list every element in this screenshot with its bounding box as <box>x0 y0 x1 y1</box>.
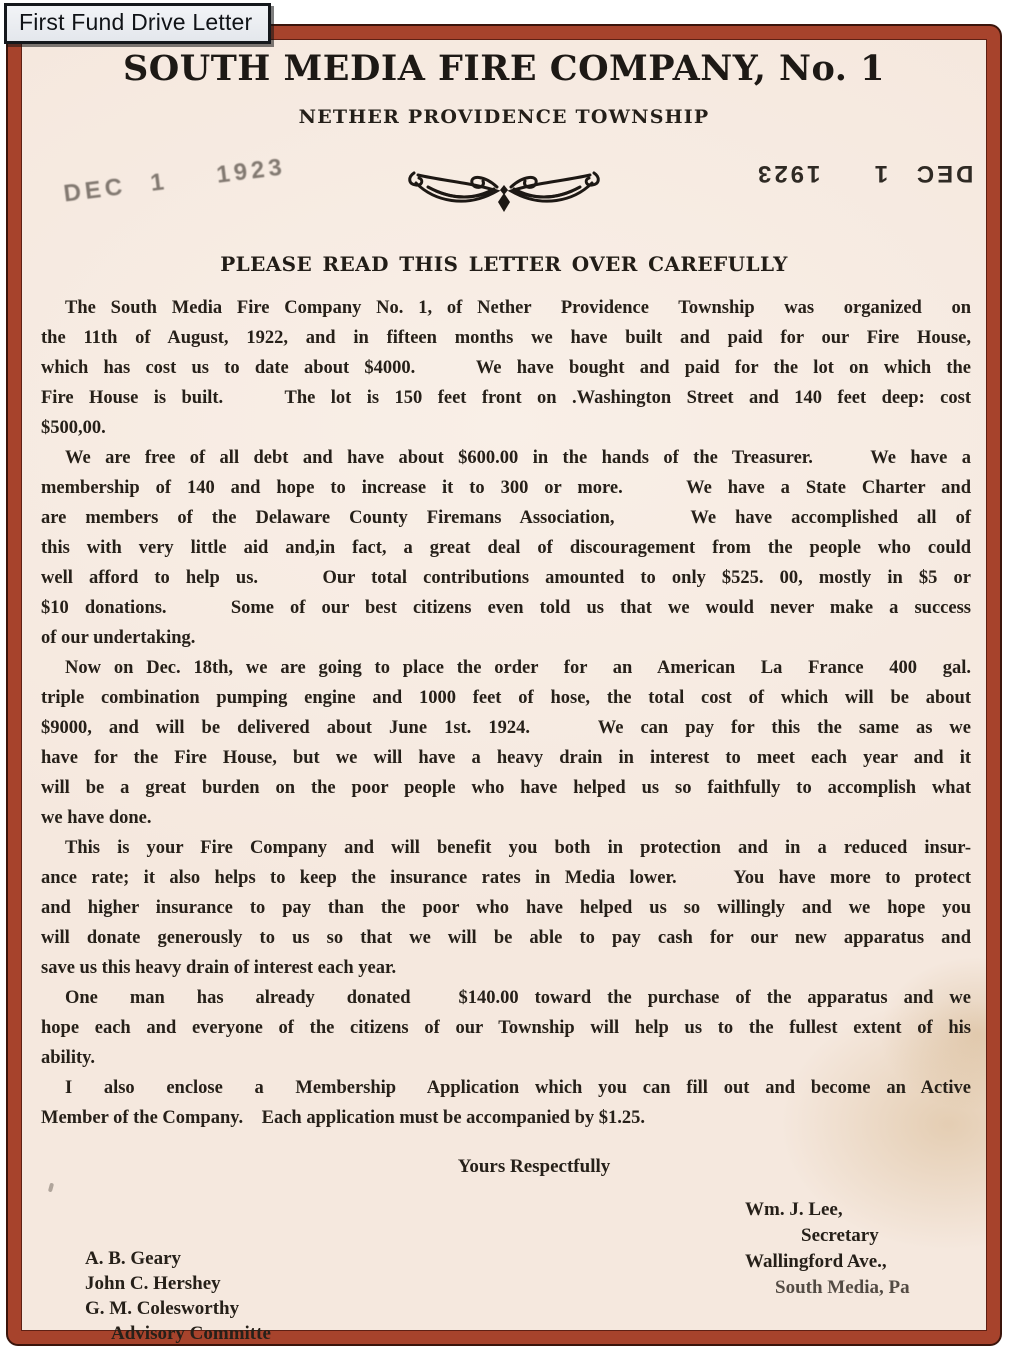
letter-line: the 11th of August, 1922, and in fifteen… <box>41 323 971 353</box>
letter-line: are members of the Delaware County Firem… <box>41 503 971 533</box>
letter-line: The South Media Fire Company No. 1, of N… <box>41 293 971 323</box>
scan-speck-mark <box>48 1183 54 1193</box>
letter-line: triple combination pumping engine and 10… <box>41 683 971 713</box>
advisory-member: G. M. Colesworthy <box>85 1296 271 1321</box>
signature-name: Wm. J. Lee, <box>745 1197 910 1223</box>
letter-line: we have done. <box>41 803 971 833</box>
letter-line: One man has already donated $140.00 towa… <box>41 983 971 1013</box>
letter-line: We are free of all debt and have about $… <box>41 443 971 473</box>
letter-document-frame: SOUTH MEDIA FIRE COMPANY, No. 1 NETHER P… <box>8 26 1000 1344</box>
letter-line: membership of 140 and hope to increase i… <box>41 473 971 503</box>
letter-line: well afford to help us. Our total contri… <box>41 563 971 593</box>
letter-line: will donate generously to us so that we … <box>41 923 971 953</box>
letter-line: which has cost us to date about $4000. W… <box>41 353 971 383</box>
letter-line: Now on Dec. 18th, we are going to place … <box>41 653 971 683</box>
letter-line: ability. <box>41 1043 971 1073</box>
paragraph: The South Media Fire Company No. 1, of N… <box>41 293 971 443</box>
advisory-committee-block: A. B. Geary John C. Hershey G. M. Colesw… <box>85 1246 271 1346</box>
letter-line: of our undertaking. <box>41 623 971 653</box>
signature-title: Secretary <box>745 1223 910 1249</box>
signature-city: South Media, Pa <box>745 1275 910 1301</box>
letter-heading: PLEASE READ THIS LETTER OVER CAREFULLY <box>21 252 987 276</box>
paragraph: One man has already donated $140.00 towa… <box>41 983 971 1073</box>
paragraph: This is your Fire Company and will benef… <box>41 833 971 983</box>
paragraph: I also enclose a Membership Application … <box>41 1073 971 1133</box>
letter-line: ance rate; it also helps to keep the ins… <box>41 863 971 893</box>
paragraph: Now on Dec. 18th, we are going to place … <box>41 653 971 833</box>
letter-line: hope each and everyone of the citizens o… <box>41 1013 971 1043</box>
tab-first-fund-drive-letter[interactable]: First Fund Drive Letter <box>4 3 271 44</box>
letter-paper: SOUTH MEDIA FIRE COMPANY, No. 1 NETHER P… <box>21 39 987 1331</box>
letter-line: save us this heavy drain of interest eac… <box>41 953 971 983</box>
advisory-member: John C. Hershey <box>85 1271 271 1296</box>
letter-line: I also enclose a Membership Application … <box>41 1073 971 1103</box>
letter-line: This is your Fire Company and will benef… <box>41 833 971 863</box>
advisory-member: A. B. Geary <box>85 1246 271 1271</box>
advisory-committee-label: Advisory Committe <box>85 1321 271 1346</box>
letter-line: $10 donations. Some of our best citizens… <box>41 593 971 623</box>
letter-line: $9000, and will be delivered about June … <box>41 713 971 743</box>
letter-line: this with very little aid and,in fact, a… <box>41 533 971 563</box>
letter-body: The South Media Fire Company No. 1, of N… <box>41 293 971 1133</box>
salutation: Yours Respectfully <box>81 1156 987 1178</box>
paragraph: We are free of all debt and have about $… <box>41 443 971 653</box>
letter-line: and higher insurance to pay than the poo… <box>41 893 971 923</box>
letter-line: Member of the Company. Each application … <box>41 1103 971 1133</box>
letter-line: $500,00. <box>41 413 971 443</box>
date-stamp-right: DEC 1 1923 <box>755 159 973 187</box>
page-subtitle: NETHER PROVIDENCE TOWNSHIP <box>21 106 987 128</box>
letter-line: will be a great burden on the poor peopl… <box>41 773 971 803</box>
letter-line: have for the Fire House, but we will hav… <box>41 743 971 773</box>
signature-street: Wallingford Ave., <box>745 1249 910 1275</box>
letter-line: Fire House is built. The lot is 150 feet… <box>41 383 971 413</box>
signature-block: Wm. J. Lee, Secretary Wallingford Ave., … <box>745 1197 910 1301</box>
page-title: SOUTH MEDIA FIRE COMPANY, No. 1 <box>21 48 987 89</box>
